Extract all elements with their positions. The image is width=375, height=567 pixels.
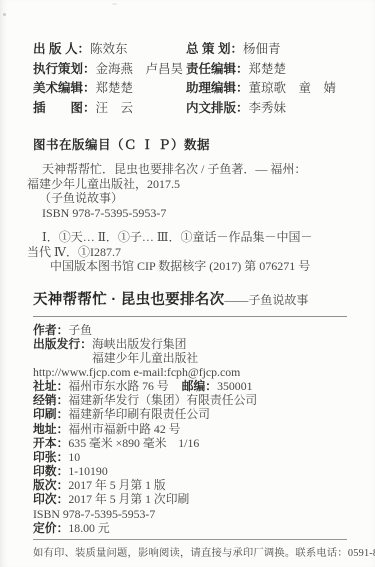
credit-value: 郑楚楚 (249, 62, 287, 76)
cip-classification-line-2: 当代 Ⅳ．①I287.7 (27, 245, 347, 260)
pub-label: 开本： (33, 436, 68, 450)
pub-row-publisher: 出版发行：海峡出版发行集团 (33, 337, 347, 351)
credit-value: 陈效东 (90, 42, 128, 56)
credit-row-typesetter: 内文排版：李秀妹 (186, 99, 336, 119)
pub-value: 海峡出版发行集团 (92, 337, 186, 351)
credit-label: 责任编辑： (186, 62, 249, 76)
pub-row-sheets: 印张：10 (33, 450, 347, 464)
pub-row-distributor: 经销：福建新华发行（集团）有限责任公司 (33, 393, 347, 407)
credit-label: 插 图： (33, 101, 96, 115)
credit-value: 金海燕 卢昌昊 (96, 62, 184, 76)
cip-title-line: 天神帮帮忙．昆虫也要排名次 / 子鱼著．— 福州： (27, 162, 347, 177)
pub-row-printer-address: 地址：福州市福新中路 42 号 (33, 422, 347, 436)
pub-row-printer: 印刷：福建新华印刷有限责任公司 (33, 407, 347, 421)
title-dash: —— (224, 293, 248, 307)
pub-label: 社址： (33, 379, 68, 393)
cip-section: 图书在版编目（Ｃ Ｉ Ｐ）数据 天神帮帮忙．昆虫也要排名次 / 子鱼著．— 福州… (33, 135, 347, 274)
credit-value: 汪 云 (96, 101, 134, 115)
isbn-text: ISBN 978-7-5395-5953-7 (33, 507, 155, 521)
credit-label: 出 版 人： (33, 42, 90, 56)
pub-value: 2017 年 5 月第 1 次印刷 (68, 492, 189, 506)
pub-label: 版次： (33, 478, 68, 492)
pub-value: 福州市东水路 76 号 (68, 379, 168, 393)
cip-record-number-line: 中国版本图书馆 CIP 数据核字 (2017) 第 076271 号 (27, 259, 347, 274)
page-content: 出 版 人：陈效东 执行策划：金海燕 卢昌昊 美术编辑：郑楚楚 插 图：汪 云 … (33, 40, 347, 559)
credit-row-publisher-person: 出 版 人：陈效东 (33, 40, 186, 60)
pub-label: 出版发行： (33, 337, 92, 351)
credit-row-executive-planner: 执行策划：金海燕 卢昌昊 (33, 60, 186, 80)
pub-label: 定价： (33, 521, 68, 535)
pub-value: 1-10190 (68, 464, 107, 478)
pub-label: 作者： (33, 323, 68, 337)
credit-row-chief-planner: 总 策 划：杨佃青 (186, 40, 336, 60)
cip-gap (27, 220, 347, 230)
credits-left-column: 出 版 人：陈效东 执行策划：金海燕 卢昌昊 美术编辑：郑楚楚 插 图：汪 云 (33, 40, 186, 118)
credit-value: 杨佃青 (243, 42, 281, 56)
credit-row-assistant-editor: 助理编辑：董琼歌 童 婧 (186, 79, 336, 99)
quality-notice: 如有印、装质量问题，影响阅读，请直接与承印厂调换。联系电话：0591-83661… (33, 539, 347, 559)
zip-group: 邮编：350001 (182, 379, 253, 393)
pub-value: 635 毫米 ×890 毫米 1/16 (68, 436, 199, 450)
pub-row-print-run: 印数：1-10190 (33, 464, 347, 478)
book-title: 天神帮帮忙 · 昆虫也要排名次 (33, 292, 224, 308)
website-email-text: http://www.fjcp.com e-mail:fcph@fjcp.com (33, 365, 240, 379)
pub-value: 10 (68, 450, 80, 464)
credit-label: 助理编辑： (186, 81, 249, 95)
credit-value: 郑楚楚 (96, 81, 134, 95)
scan-speck (3, 13, 6, 16)
pub-label: 印次： (33, 492, 68, 506)
pub-value: 福建新华发行（集团）有限责任公司 (68, 393, 257, 407)
book-title-row: 天神帮帮忙 · 昆虫也要排名次——子鱼说故事 (33, 288, 347, 317)
credit-value: 董琼歌 童 婧 (249, 81, 337, 95)
pub-label: 印数： (33, 464, 68, 478)
cip-series-line: （子鱼说故事） (27, 191, 347, 206)
pub-row-author: 作者：子鱼 (33, 323, 347, 337)
cip-isbn-line: ISBN 978-7-5395-5953-7 (27, 206, 347, 221)
pub-value: 福建新华印刷有限责任公司 (68, 407, 210, 421)
pub-row-price: 定价：18.00 元 (33, 521, 347, 535)
pub-value: 2017 年 5 月第 1 版 (68, 478, 165, 492)
cip-publisher-line: 福建少年儿童出版社，2017.5 (27, 177, 347, 192)
publication-info: 作者：子鱼 出版发行：海峡出版发行集团 福建少年儿童出版社 http://www… (33, 323, 347, 535)
credit-row-illustrator: 插 图：汪 云 (33, 99, 186, 119)
pub-value: 福建少年儿童出版社 (33, 351, 198, 365)
pub-value: 350001 (217, 379, 252, 393)
credit-label: 执行策划： (33, 62, 96, 76)
credits-block: 出 版 人：陈效东 执行策划：金海燕 卢昌昊 美术编辑：郑楚楚 插 图：汪 云 … (33, 40, 347, 118)
credit-label: 总 策 划： (186, 42, 243, 56)
pub-row-edition: 版次：2017 年 5 月第 1 版 (33, 478, 347, 492)
pub-row-impression: 印次：2017 年 5 月第 1 次印刷 (33, 492, 347, 506)
pub-row-publisher-press: 福建少年儿童出版社 (33, 351, 347, 365)
cip-heading: 图书在版编目（Ｃ Ｉ Ｐ）数据 (33, 135, 347, 153)
scan-speck (112, 3, 117, 5)
credit-row-art-editor: 美术编辑：郑楚楚 (33, 79, 186, 99)
pub-row-address-zip: 社址：福州市东水路 76 号邮编：350001 (33, 379, 347, 393)
colophon-page: 出 版 人：陈效东 执行策划：金海燕 卢昌昊 美术编辑：郑楚楚 插 图：汪 云 … (0, 0, 375, 567)
pub-row-website-email: http://www.fjcp.com e-mail:fcph@fjcp.com (33, 365, 347, 379)
pub-value: 18.00 元 (68, 521, 109, 535)
pub-row-format: 开本：635 毫米 ×890 毫米 1/16 (33, 436, 347, 450)
credits-right-column: 总 策 划：杨佃青 责任编辑：郑楚楚 助理编辑：董琼歌 童 婧 内文排版：李秀妹 (186, 40, 336, 118)
quality-notice-text: 如有印、装质量问题，影响阅读，请直接与承印厂调换。联系电话：0591-83661… (33, 548, 375, 559)
pub-label: 地址： (33, 422, 68, 436)
pub-label: 印张： (33, 450, 68, 464)
credit-label: 内文排版： (186, 101, 249, 115)
cip-body: 天神帮帮忙．昆虫也要排名次 / 子鱼著．— 福州： 福建少年儿童出版社，2017… (27, 162, 347, 274)
pub-label: 印刷： (33, 407, 68, 421)
pub-value: 子鱼 (68, 323, 92, 337)
pub-value: 福州市福新中路 42 号 (68, 422, 180, 436)
pub-label: 邮编： (182, 379, 217, 393)
pub-row-isbn: ISBN 978-7-5395-5953-7 (33, 507, 347, 521)
credit-label: 美术编辑： (33, 81, 96, 95)
cip-classification-line-1: Ⅰ．①天… Ⅱ．①子… Ⅲ．①童话－作品集－中国－ (27, 230, 347, 245)
credit-row-responsible-editor: 责任编辑：郑楚楚 (186, 60, 336, 80)
series-subtitle: 子鱼说故事 (248, 293, 308, 307)
credit-value: 李秀妹 (249, 101, 287, 115)
pub-label: 经销： (33, 393, 68, 407)
